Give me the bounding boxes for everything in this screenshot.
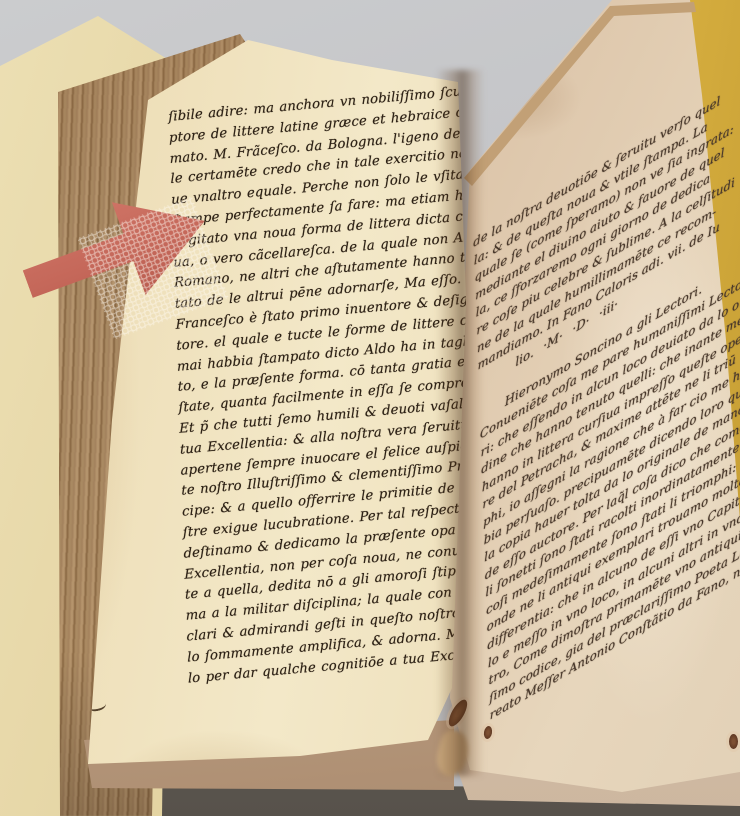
wormhole [729,734,738,749]
gutter-shadow [436,70,484,776]
open-book-photo: de la noſtra deuotiōe & ſeruitu verſo qu… [0,0,740,816]
